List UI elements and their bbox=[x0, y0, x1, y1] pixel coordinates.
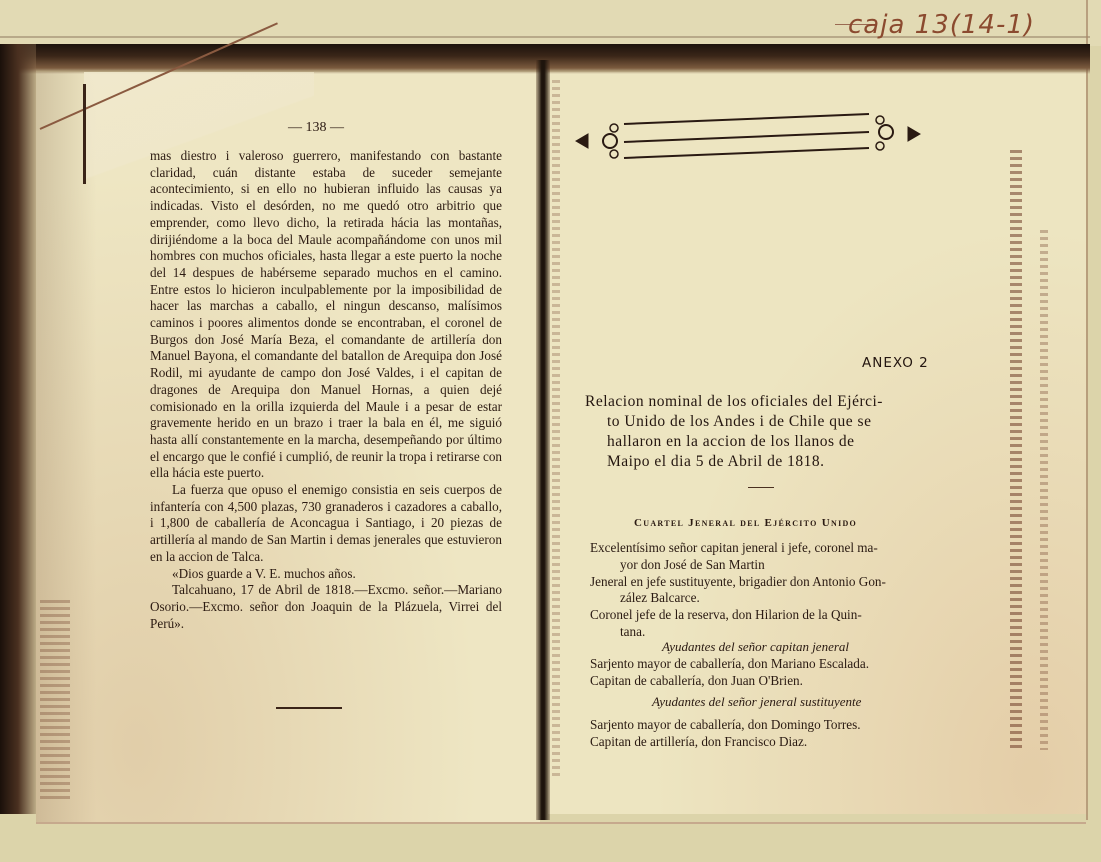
annex-label: ANEXO 2 bbox=[862, 355, 929, 371]
bleed-through-speckle bbox=[40, 600, 70, 800]
entry-text: Coronel jefe de la reserva, don Hilarion… bbox=[590, 607, 960, 624]
frame-edge bbox=[1086, 0, 1088, 820]
bleed-through-speckle bbox=[1010, 150, 1022, 750]
entry-text: Jeneral en jefe sustituyente, brigadier … bbox=[590, 574, 960, 591]
title-separator bbox=[748, 487, 774, 488]
list-item: Sarjento mayor de caballería, don Doming… bbox=[590, 717, 960, 734]
entry-text: Excelentísimo señor capitan jeneral i je… bbox=[590, 540, 960, 557]
paragraph: mas diestro i valeroso guerrero, manifes… bbox=[150, 148, 502, 482]
fold-edge bbox=[83, 84, 86, 184]
entry-text: zález Balcarce. bbox=[590, 590, 960, 607]
title-line: Maipo el dia 5 de Abril de 1818. bbox=[585, 452, 945, 472]
section-separator bbox=[276, 707, 342, 709]
aides-list: Sarjento mayor de caballería, don Doming… bbox=[590, 717, 960, 751]
subsection-heading: Ayudantes del señor capitan jeneral bbox=[662, 639, 849, 655]
section-heading: Cuartel Jeneral del Ejército Unido bbox=[634, 517, 857, 529]
bottom-page-edge bbox=[36, 822, 1086, 824]
title-line: Relacion nominal de los oficiales del Ej… bbox=[585, 392, 945, 412]
list-item: Sarjento mayor de caballería, don Marian… bbox=[590, 656, 960, 673]
scanned-document: caja 13(14-1) — 138 — mas diestro i vale… bbox=[0, 0, 1101, 862]
aides-list: Sarjento mayor de caballería, don Marian… bbox=[590, 656, 960, 690]
paragraph: «Dios guarde a V. E. muchos años. bbox=[150, 566, 502, 583]
list-item: Coronel jefe de la reserva, don Hilarion… bbox=[590, 607, 960, 641]
headquarters-list: Excelentísimo señor capitan jeneral i je… bbox=[590, 540, 960, 641]
entry-text: yor don José de San Martin bbox=[590, 557, 960, 574]
paragraph: Talcahuano, 17 de Abril de 1818.—Excmo. … bbox=[150, 582, 502, 632]
page-number: — 138 — bbox=[288, 120, 344, 136]
bleed-through-speckle bbox=[552, 80, 560, 780]
title-line: to Unido de los Andes i de Chile que se bbox=[585, 412, 945, 432]
paragraph: La fuerza que opuso el enemigo consistia… bbox=[150, 482, 502, 566]
book-gutter bbox=[536, 60, 550, 820]
list-item: Jeneral en jefe sustituyente, brigadier … bbox=[590, 574, 960, 608]
list-item: Capitan de artillería, don Francisco Dia… bbox=[590, 734, 960, 751]
bleed-through-speckle bbox=[1040, 230, 1048, 750]
list-item: Capitan de caballería, don Juan O'Brien. bbox=[590, 673, 960, 690]
ornamental-header-icon bbox=[574, 112, 924, 162]
scan-shadow-left bbox=[0, 44, 36, 814]
list-item: Excelentísimo señor capitan jeneral i je… bbox=[590, 540, 960, 574]
title-line: hallaron en la accion de los llanos de bbox=[585, 432, 945, 452]
document-title: Relacion nominal de los oficiales del Ej… bbox=[585, 392, 945, 472]
left-page-body: mas diestro i valeroso guerrero, manifes… bbox=[150, 148, 502, 632]
subsection-heading: Ayudantes del señor jeneral sustituyente bbox=[652, 694, 861, 710]
handwritten-box-label: caja 13(14-1) bbox=[848, 10, 1035, 40]
